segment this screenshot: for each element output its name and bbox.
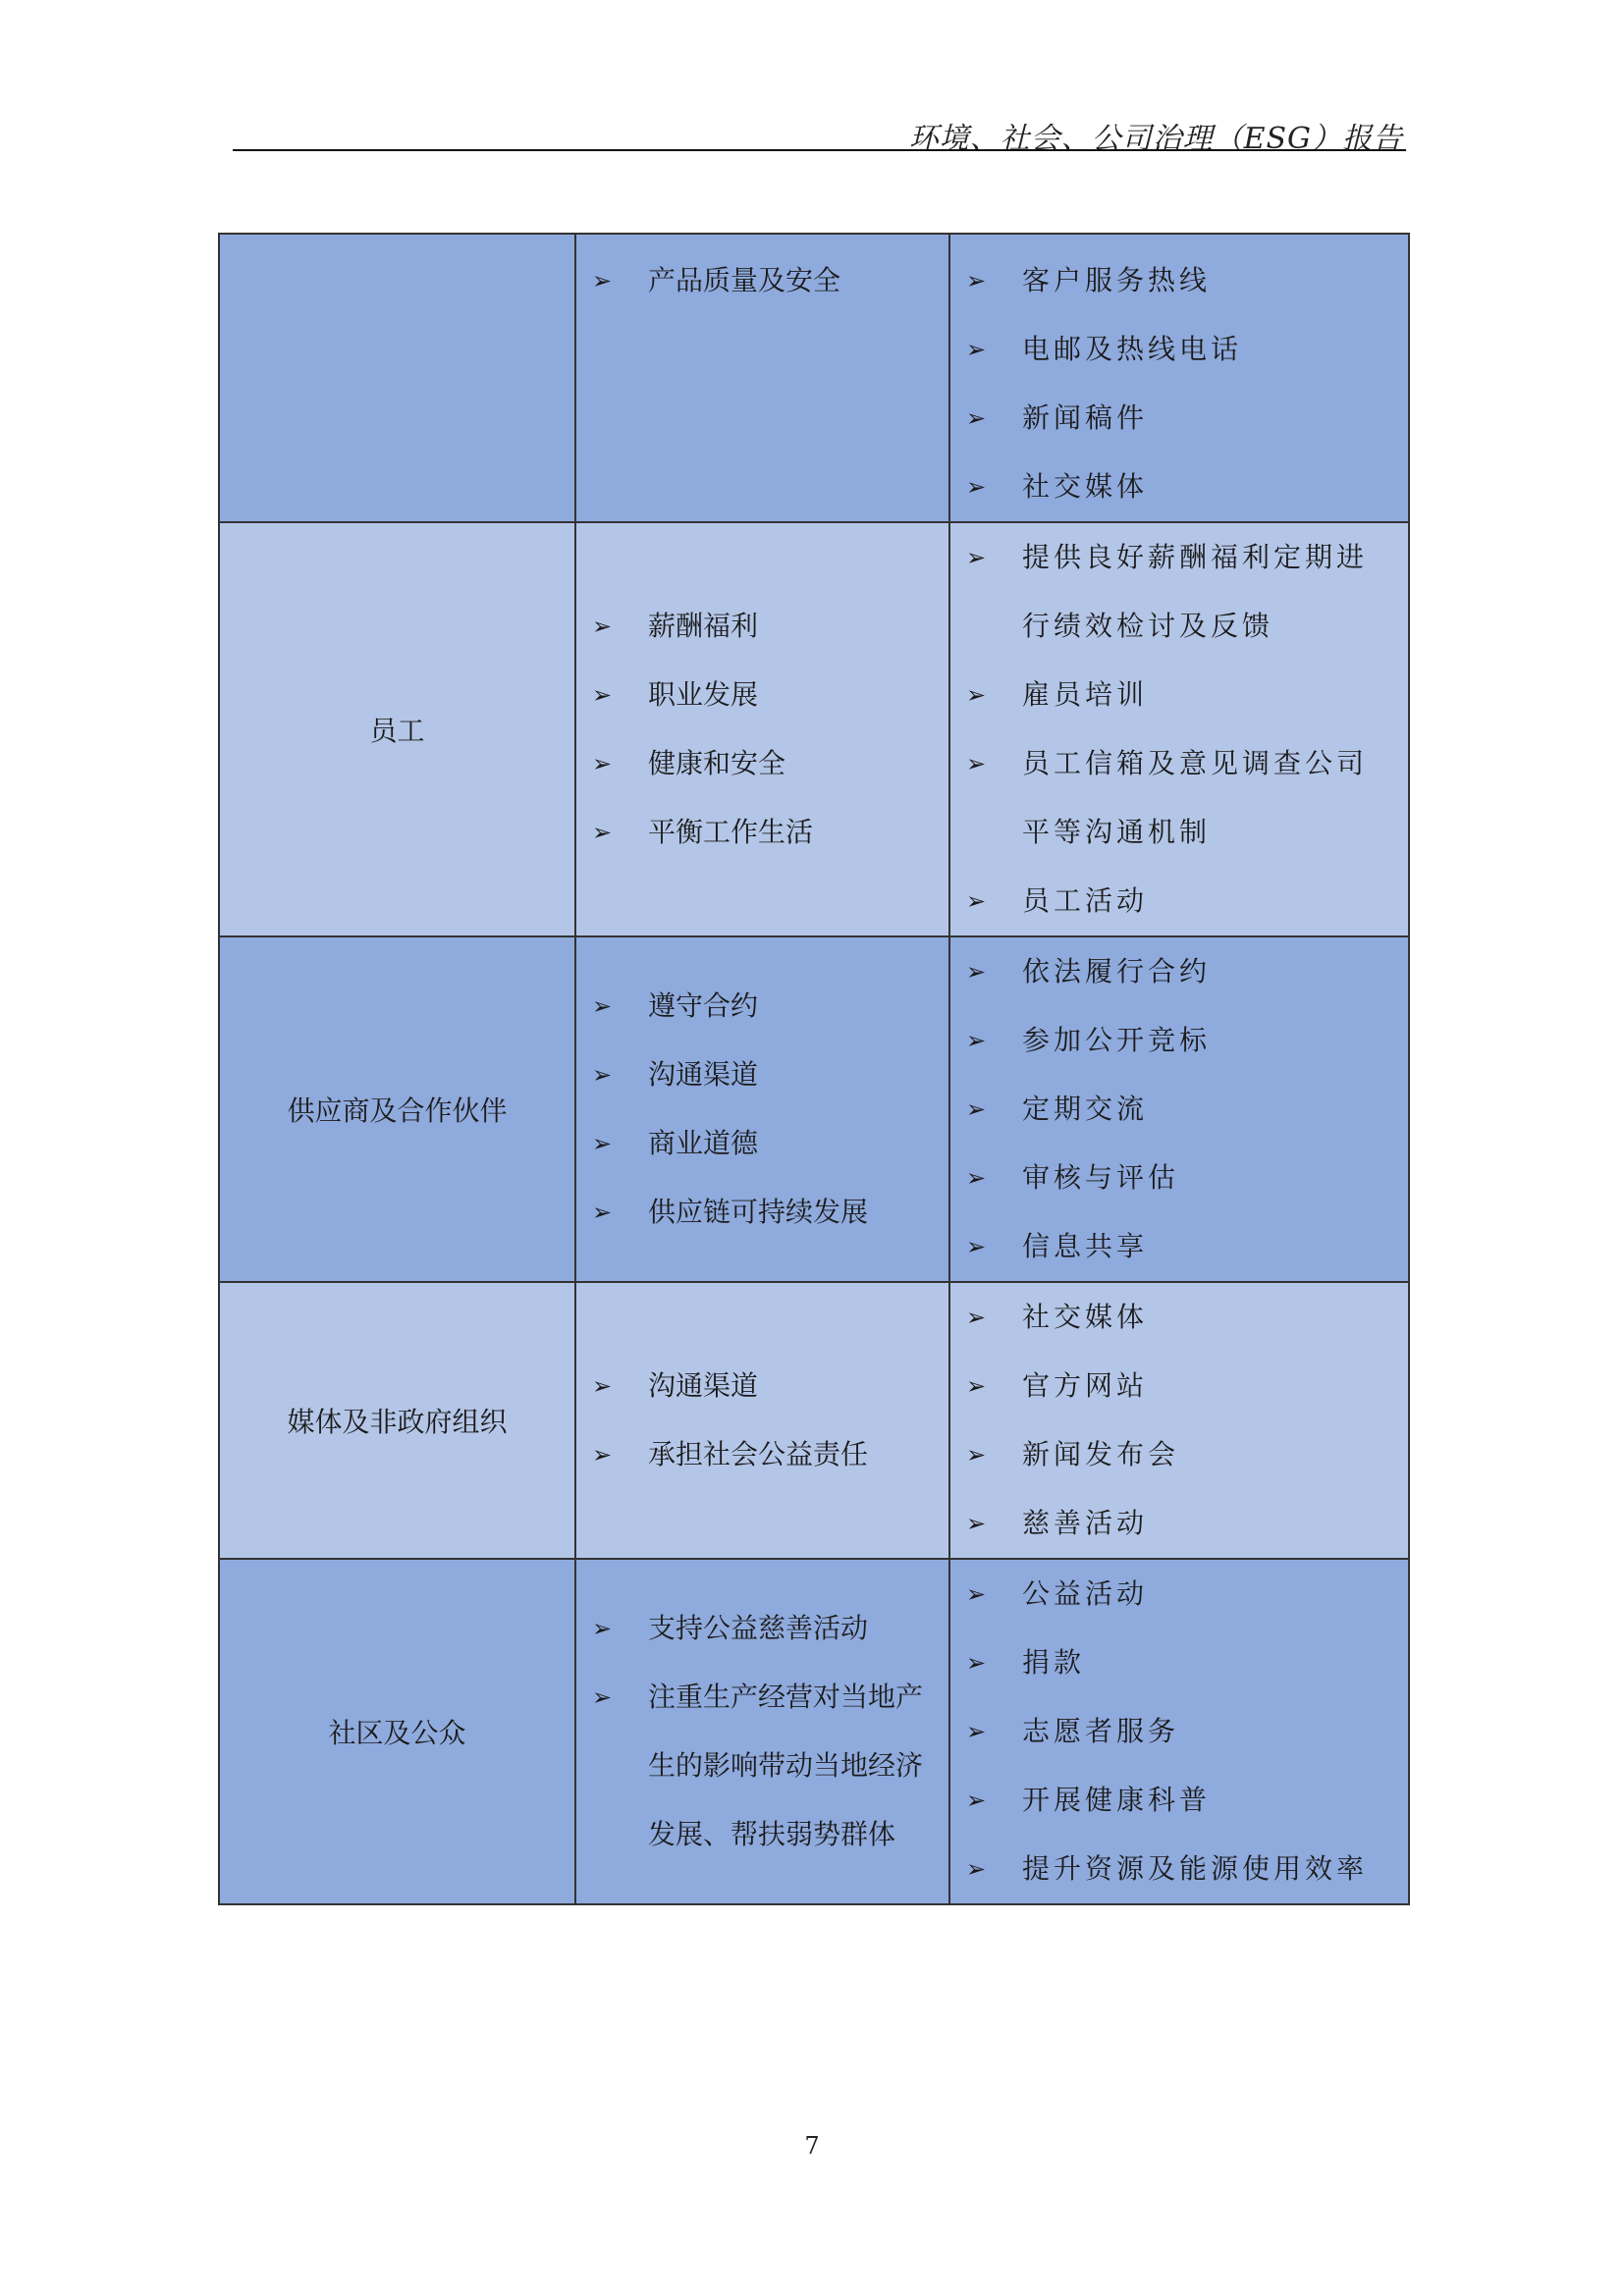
table-row: ➢产品质量及安全➢客户服务热线➢电邮及热线电话➢新闻稿件➢社交媒体 <box>219 234 1409 522</box>
concern-item: ➢平衡工作生活 <box>576 798 948 867</box>
arrow-bullet-icon: ➢ <box>966 1420 990 1489</box>
channel-item: ➢新闻发布会 <box>950 1420 1408 1489</box>
arrow-bullet-icon: ➢ <box>966 729 990 798</box>
arrow-bullet-icon: ➢ <box>592 661 612 729</box>
concerns-list: ➢支持公益慈善活动➢注重生产经营对当地产生的影响带动当地经济发展、帮扶弱势群体 <box>576 1594 948 1869</box>
concerns-list: ➢沟通渠道➢承担社会公益责任 <box>576 1352 948 1489</box>
concerns-list: ➢遵守合约➢沟通渠道➢商业道德➢供应链可持续发展 <box>576 972 948 1247</box>
channel-item-text: 员工活动 <box>1022 867 1398 935</box>
stakeholder-cell: 媒体及非政府组织 <box>219 1282 575 1559</box>
channel-item: ➢社交媒体 <box>950 1283 1408 1352</box>
arrow-bullet-icon: ➢ <box>966 1835 990 1903</box>
channel-item-text: 志愿者服务 <box>1022 1697 1398 1766</box>
channel-item: ➢信息共享 <box>950 1212 1408 1281</box>
arrow-bullet-icon: ➢ <box>592 1594 612 1663</box>
arrow-bullet-icon: ➢ <box>966 937 990 1006</box>
channels-cell: ➢依法履行合约➢参加公开竞标➢定期交流➢审核与评估➢信息共享 <box>949 936 1409 1282</box>
channel-item-text: 官方网站 <box>1022 1352 1398 1420</box>
channel-item: ➢捐款 <box>950 1629 1408 1697</box>
arrow-bullet-icon: ➢ <box>966 1075 990 1144</box>
concern-item-text: 沟通渠道 <box>648 1041 941 1109</box>
arrow-bullet-icon: ➢ <box>966 1629 990 1697</box>
concerns-cell: ➢沟通渠道➢承担社会公益责任 <box>575 1282 949 1559</box>
concern-item: ➢产品质量及安全 <box>576 246 948 315</box>
channel-item: ➢新闻稿件 <box>950 384 1408 453</box>
channels-list: ➢客户服务热线➢电邮及热线电话➢新闻稿件➢社交媒体 <box>950 246 1408 521</box>
channel-item-text: 捐款 <box>1022 1629 1398 1697</box>
stakeholder-cell: 社区及公众 <box>219 1559 575 1904</box>
channel-item-text: 公益活动 <box>1022 1560 1398 1629</box>
arrow-bullet-icon: ➢ <box>966 1766 990 1835</box>
concerns-list: ➢薪酬福利➢职业发展➢健康和安全➢平衡工作生活 <box>576 592 948 867</box>
channel-item: ➢雇员培训 <box>950 661 1408 729</box>
arrow-bullet-icon: ➢ <box>966 246 990 315</box>
arrow-bullet-icon: ➢ <box>966 1212 990 1281</box>
channel-item-text: 员工信箱及意见调查公司平等沟通机制 <box>1022 729 1398 867</box>
channels-list: ➢提供良好薪酬福利定期进行绩效检讨及反馈➢雇员培训➢员工信箱及意见调查公司平等沟… <box>950 523 1408 935</box>
arrow-bullet-icon: ➢ <box>592 1420 612 1489</box>
channel-item-text: 慈善活动 <box>1022 1489 1398 1558</box>
concern-item-text: 薪酬福利 <box>648 592 941 661</box>
channels-cell: ➢提供良好薪酬福利定期进行绩效检讨及反馈➢雇员培训➢员工信箱及意见调查公司平等沟… <box>949 522 1409 936</box>
arrow-bullet-icon: ➢ <box>966 867 990 935</box>
arrow-bullet-icon: ➢ <box>966 315 990 384</box>
concern-item-text: 供应链可持续发展 <box>648 1178 941 1247</box>
channel-item: ➢志愿者服务 <box>950 1697 1408 1766</box>
channel-item-text: 审核与评估 <box>1022 1144 1398 1212</box>
channel-item: ➢审核与评估 <box>950 1144 1408 1212</box>
table-row: 媒体及非政府组织➢沟通渠道➢承担社会公益责任➢社交媒体➢官方网站➢新闻发布会➢慈… <box>219 1282 1409 1559</box>
concern-item-text: 注重生产经营对当地产生的影响带动当地经济发展、帮扶弱势群体 <box>648 1663 941 1869</box>
channel-item: ➢开展健康科普 <box>950 1766 1408 1835</box>
channel-item: ➢公益活动 <box>950 1560 1408 1629</box>
channels-cell: ➢客户服务热线➢电邮及热线电话➢新闻稿件➢社交媒体 <box>949 234 1409 522</box>
concern-item-text: 沟通渠道 <box>648 1352 941 1420</box>
arrow-bullet-icon: ➢ <box>592 1663 612 1732</box>
concern-item: ➢商业道德 <box>576 1109 948 1178</box>
concern-item: ➢健康和安全 <box>576 729 948 798</box>
channel-item-text: 信息共享 <box>1022 1212 1398 1281</box>
channel-item-text: 电邮及热线电话 <box>1022 315 1398 384</box>
arrow-bullet-icon: ➢ <box>592 729 612 798</box>
table-row: 供应商及合作伙伴➢遵守合约➢沟通渠道➢商业道德➢供应链可持续发展➢依法履行合约➢… <box>219 936 1409 1282</box>
page-number: 7 <box>0 2132 1624 2160</box>
channel-item-text: 客户服务热线 <box>1022 246 1398 315</box>
channels-cell: ➢社交媒体➢官方网站➢新闻发布会➢慈善活动 <box>949 1282 1409 1559</box>
stakeholder-label: 社区及公众 <box>328 1717 465 1749</box>
arrow-bullet-icon: ➢ <box>966 1489 990 1558</box>
arrow-bullet-icon: ➢ <box>592 798 612 867</box>
table-body: ➢产品质量及安全➢客户服务热线➢电邮及热线电话➢新闻稿件➢社交媒体员工➢薪酬福利… <box>219 234 1409 1904</box>
arrow-bullet-icon: ➢ <box>966 1697 990 1766</box>
channel-item: ➢客户服务热线 <box>950 246 1408 315</box>
arrow-bullet-icon: ➢ <box>966 1352 990 1420</box>
concern-item: ➢供应链可持续发展 <box>576 1178 948 1247</box>
concern-item-text: 商业道德 <box>648 1109 941 1178</box>
concerns-list: ➢产品质量及安全 <box>576 246 948 315</box>
arrow-bullet-icon: ➢ <box>966 1283 990 1352</box>
concern-item-text: 产品质量及安全 <box>648 246 941 315</box>
arrow-bullet-icon: ➢ <box>966 1144 990 1212</box>
concern-item: ➢职业发展 <box>576 661 948 729</box>
concern-item-text: 健康和安全 <box>648 729 941 798</box>
arrow-bullet-icon: ➢ <box>592 972 612 1041</box>
channel-item: ➢员工信箱及意见调查公司平等沟通机制 <box>950 729 1408 867</box>
concerns-cell: ➢薪酬福利➢职业发展➢健康和安全➢平衡工作生活 <box>575 522 949 936</box>
concerns-cell: ➢支持公益慈善活动➢注重生产经营对当地产生的影响带动当地经济发展、帮扶弱势群体 <box>575 1559 949 1904</box>
arrow-bullet-icon: ➢ <box>592 246 612 315</box>
stakeholder-label: 媒体及非政府组织 <box>287 1406 507 1438</box>
channel-item-text: 依法履行合约 <box>1022 937 1398 1006</box>
channel-item-text: 定期交流 <box>1022 1075 1398 1144</box>
stakeholder-communication-table: ➢产品质量及安全➢客户服务热线➢电邮及热线电话➢新闻稿件➢社交媒体员工➢薪酬福利… <box>218 233 1410 1905</box>
arrow-bullet-icon: ➢ <box>966 523 990 592</box>
concerns-cell: ➢产品质量及安全 <box>575 234 949 522</box>
stakeholder-label: 员工 <box>369 715 424 747</box>
channel-item-text: 开展健康科普 <box>1022 1766 1398 1835</box>
arrow-bullet-icon: ➢ <box>966 1006 990 1075</box>
channels-list: ➢公益活动➢捐款➢志愿者服务➢开展健康科普➢提升资源及能源使用效率 <box>950 1560 1408 1903</box>
concern-item-text: 平衡工作生活 <box>648 798 941 867</box>
channel-item: ➢依法履行合约 <box>950 937 1408 1006</box>
concerns-cell: ➢遵守合约➢沟通渠道➢商业道德➢供应链可持续发展 <box>575 936 949 1282</box>
arrow-bullet-icon: ➢ <box>966 384 990 453</box>
concern-item: ➢沟通渠道 <box>576 1352 948 1420</box>
channels-list: ➢社交媒体➢官方网站➢新闻发布会➢慈善活动 <box>950 1283 1408 1558</box>
arrow-bullet-icon: ➢ <box>592 1109 612 1178</box>
concern-item: ➢薪酬福利 <box>576 592 948 661</box>
channel-item-text: 社交媒体 <box>1022 453 1398 521</box>
concern-item-text: 承担社会公益责任 <box>648 1420 941 1489</box>
table-row: 社区及公众➢支持公益慈善活动➢注重生产经营对当地产生的影响带动当地经济发展、帮扶… <box>219 1559 1409 1904</box>
channel-item-text: 新闻稿件 <box>1022 384 1398 453</box>
arrow-bullet-icon: ➢ <box>592 1352 612 1420</box>
arrow-bullet-icon: ➢ <box>966 1560 990 1629</box>
concern-item: ➢承担社会公益责任 <box>576 1420 948 1489</box>
channel-item: ➢提升资源及能源使用效率 <box>950 1835 1408 1903</box>
arrow-bullet-icon: ➢ <box>592 1041 612 1109</box>
channel-item: ➢官方网站 <box>950 1352 1408 1420</box>
concern-item: ➢遵守合约 <box>576 972 948 1041</box>
channel-item-text: 社交媒体 <box>1022 1283 1398 1352</box>
channel-item: ➢定期交流 <box>950 1075 1408 1144</box>
channel-item: ➢参加公开竞标 <box>950 1006 1408 1075</box>
channel-item-text: 新闻发布会 <box>1022 1420 1398 1489</box>
concern-item-text: 遵守合约 <box>648 972 941 1041</box>
channels-list: ➢依法履行合约➢参加公开竞标➢定期交流➢审核与评估➢信息共享 <box>950 937 1408 1281</box>
stakeholder-cell <box>219 234 575 522</box>
concern-item: ➢注重生产经营对当地产生的影响带动当地经济发展、帮扶弱势群体 <box>576 1663 948 1869</box>
channel-item: ➢电邮及热线电话 <box>950 315 1408 384</box>
channel-item-text: 参加公开竞标 <box>1022 1006 1398 1075</box>
concern-item: ➢沟通渠道 <box>576 1041 948 1109</box>
arrow-bullet-icon: ➢ <box>592 592 612 661</box>
channel-item: ➢提供良好薪酬福利定期进行绩效检讨及反馈 <box>950 523 1408 661</box>
header-divider <box>233 149 1406 151</box>
concern-item-text: 支持公益慈善活动 <box>648 1594 941 1663</box>
channel-item: ➢慈善活动 <box>950 1489 1408 1558</box>
concern-item-text: 职业发展 <box>648 661 941 729</box>
table-row: 员工➢薪酬福利➢职业发展➢健康和安全➢平衡工作生活➢提供良好薪酬福利定期进行绩效… <box>219 522 1409 936</box>
channel-item-text: 提升资源及能源使用效率 <box>1022 1835 1398 1903</box>
stakeholder-cell: 员工 <box>219 522 575 936</box>
stakeholder-label: 供应商及合作伙伴 <box>287 1095 507 1127</box>
channel-item-text: 雇员培训 <box>1022 661 1398 729</box>
channel-item: ➢社交媒体 <box>950 453 1408 521</box>
arrow-bullet-icon: ➢ <box>966 453 990 521</box>
stakeholder-cell: 供应商及合作伙伴 <box>219 936 575 1282</box>
channel-item-text: 提供良好薪酬福利定期进行绩效检讨及反馈 <box>1022 523 1398 661</box>
arrow-bullet-icon: ➢ <box>966 661 990 729</box>
channel-item: ➢员工活动 <box>950 867 1408 935</box>
arrow-bullet-icon: ➢ <box>592 1178 612 1247</box>
channels-cell: ➢公益活动➢捐款➢志愿者服务➢开展健康科普➢提升资源及能源使用效率 <box>949 1559 1409 1904</box>
concern-item: ➢支持公益慈善活动 <box>576 1594 948 1663</box>
